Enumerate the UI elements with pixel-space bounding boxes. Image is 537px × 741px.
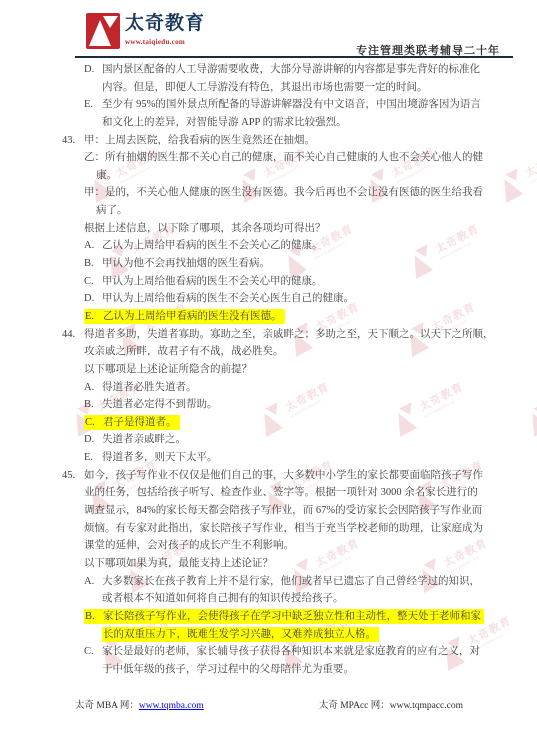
text-line: 45.如今，孩子写作业不仅仅是他们自己的事，大多数中小学生的家长都要面临陪孩子写… bbox=[0, 467, 537, 485]
line-segment: 内容。但是，即便人工导游没有特色，其退出市场也需要一定的时间。 bbox=[102, 82, 428, 93]
option-letter: E. bbox=[85, 308, 103, 326]
footer-mba-group: 太奇 MBA 网：www.tqmba.com bbox=[75, 697, 204, 711]
question-text-block: D.国内景区配备的人工导游需要收费，大部分导游讲解的内容都是事先背好的标准化内容… bbox=[0, 61, 537, 678]
option-letter: E. bbox=[84, 96, 102, 114]
option-letter: A. bbox=[84, 379, 102, 397]
question-number: 44. bbox=[62, 326, 75, 344]
question-number: 43. bbox=[62, 132, 75, 150]
text-line: 于中低年级的孩子，学习过程中的父母陪伴尤为重要。 bbox=[0, 661, 537, 679]
line-text: 以下哪项是上述论证所隐含的前提？ bbox=[84, 364, 252, 375]
line-text: 或者根本不知道如何将自己拥有的知识传授给孩子。 bbox=[102, 593, 344, 604]
line-segment: 或者根本不知道如何将自己拥有的知识传授给孩子。 bbox=[102, 593, 344, 604]
line-segment: D.甲认为上周给他看病的医生不会关心医生自己的健康。 bbox=[84, 293, 354, 304]
header-divider bbox=[75, 56, 513, 58]
line-text: 家长是最好的老师，家长辅导孩子获得各种知识本来就是家庭教育的应有之义，对 bbox=[102, 646, 480, 657]
answer-line-highlighted: 长的双重压力下，既难生发学习兴趣，又难养成独立人格。 bbox=[0, 626, 537, 644]
text-line: 攻亲戚之所畔，故君子有不战，战必胜矣。 bbox=[0, 343, 537, 361]
option-letter: A. bbox=[84, 573, 102, 591]
logo-text-block: 太奇教育 www.taiqiedu.com bbox=[125, 13, 205, 47]
line-segment: 甲：上周去医院，给我看病的医生竟然还在抽烟。 bbox=[84, 135, 315, 146]
taiqi-logo-icon bbox=[86, 13, 120, 49]
text-line: C.家长是最好的老师，家长辅导孩子获得各种知识本来就是家庭教育的应有之义，对 bbox=[0, 643, 537, 661]
text-line: B.失道者必定得不到帮助。 bbox=[0, 396, 537, 414]
line-text: 大多数家长在孩子教育上并不是行家，他们或者早已遗忘了自己曾经学过的知识， bbox=[102, 576, 480, 587]
option-letter: D. bbox=[84, 61, 102, 79]
line-text: 乙认为上周给甲看病的医生没有医德。 bbox=[103, 311, 282, 322]
line-text: 和文化上的差异，对智能导游 APP 的需求比较强烈。 bbox=[102, 117, 347, 128]
line-text: 国内景区配备的人工导游需要收费，大部分导游讲解的内容都是事先背好的标准化 bbox=[102, 64, 480, 75]
text-line: 和文化上的差异，对智能导游 APP 的需求比较强烈。 bbox=[0, 114, 537, 132]
line-segment: 业的任务，包括给孩子听写、检查作业、签字等。根据一项针对 3000 余名家长进行… bbox=[84, 487, 478, 498]
text-line: D.甲认为上周给他看病的医生不会关心医生自己的健康。 bbox=[0, 290, 537, 308]
option-letter: B. bbox=[84, 396, 102, 414]
line-segment: B.家长陪孩子写作业，会使得孩子在学习中缺乏独立性和主动性，整天处于老师和家 bbox=[84, 609, 484, 624]
line-text: 甲认为他不会再找抽烟的医生看病。 bbox=[102, 258, 270, 269]
question-number: 45. bbox=[62, 467, 75, 485]
line-segment: 长的双重压力下，既难生发学习兴趣，又难养成独立人格。 bbox=[102, 627, 379, 642]
page-footer: 太奇 MBA 网：www.tqmba.com 太奇 MPAcc 网：www.tq… bbox=[75, 697, 463, 711]
line-segment: 得道者多助，失道者寡助。寡助之至，亲戚畔之；多助之至，天下顺之。以天下之所顺， bbox=[84, 329, 494, 340]
line-text: 君子是得道者。 bbox=[103, 417, 177, 428]
footer-mpacc-label: 太奇 MPAcc 网： bbox=[319, 701, 390, 711]
line-segment: E.得道者多，则天下太平。 bbox=[84, 452, 218, 463]
line-text: 内容。但是，即便人工导游没有特色，其退出市场也需要一定的时间。 bbox=[102, 82, 428, 93]
text-line: A.得道者必胜失道者。 bbox=[0, 379, 537, 397]
text-line: 或者根本不知道如何将自己拥有的知识传授给孩子。 bbox=[0, 590, 537, 608]
line-text: 长的双重压力下，既难生发学习兴趣，又难养成独立人格。 bbox=[103, 629, 376, 640]
option-letter: C. bbox=[85, 414, 103, 432]
line-segment: 根据上述信息，以下除了哪项，其余各项均可得出？ bbox=[84, 223, 326, 234]
line-text: 攻亲戚之所畔，故君子有不战，战必胜矣。 bbox=[84, 346, 284, 357]
text-line: 43.甲：上周去医院，给我看病的医生竟然还在抽烟。 bbox=[0, 132, 537, 150]
text-line: 课堂的延伸，会对孩子的成长产生不利影响。 bbox=[0, 537, 537, 555]
text-line: E.至少有 95%的国外景点所配备的导游讲解器没有中文语音，中国出境游客因为语言 bbox=[0, 96, 537, 114]
line-text: 以下哪项如果为真，最能支持上述论证？ bbox=[84, 558, 273, 569]
footer-mba-label: 太奇 MBA 网： bbox=[75, 701, 139, 711]
option-letter: D. bbox=[84, 290, 102, 308]
text-line: 调查显示，84%的家长每天都会陪孩子写作业，而 67%的受访家长会因陪孩子写作业… bbox=[0, 502, 537, 520]
line-segment: 于中低年级的孩子，学习过程中的父母陪伴尤为重要。 bbox=[102, 664, 354, 675]
option-letter: B. bbox=[84, 255, 102, 273]
line-segment: 课堂的延伸，会对孩子的成长产生不利影响。 bbox=[84, 540, 294, 551]
text-line: E.得道者多，则天下太平。 bbox=[0, 449, 537, 467]
line-segment: E.乙认为上周给甲看病的医生没有医德。 bbox=[84, 309, 285, 324]
line-segment: 病了。 bbox=[96, 205, 128, 216]
line-segment: D.国内景区配备的人工导游需要收费，大部分导游讲解的内容都是事先背好的标准化 bbox=[84, 64, 480, 75]
line-text: 失道者必定得不到帮助。 bbox=[102, 399, 218, 410]
footer-mpacc-group: 太奇 MPAcc 网：www.tqmpacc.com bbox=[319, 697, 463, 711]
line-text: 甲认为上周给他看病的医生不会关心甲的健康。 bbox=[102, 276, 323, 287]
text-line: D.失道者亲戚畔之。 bbox=[0, 431, 537, 449]
text-line: D.国内景区配备的人工导游需要收费，大部分导游讲解的内容都是事先背好的标准化 bbox=[0, 61, 537, 79]
answer-line-highlighted: C.君子是得道者。 bbox=[0, 414, 537, 432]
line-text: 至少有 95%的国外景点所配备的导游讲解器没有中文语音，中国出境游客因为语言 bbox=[102, 99, 481, 110]
option-letter: C. bbox=[84, 643, 102, 661]
text-line: 根据上述信息，以下除了哪项，其余各项均可得出？ bbox=[0, 220, 537, 238]
line-text: 康。 bbox=[96, 170, 117, 181]
text-line: C.甲认为上周给他看病的医生不会关心甲的健康。 bbox=[0, 273, 537, 291]
line-segment: 攻亲戚之所畔，故君子有不战，战必胜矣。 bbox=[84, 346, 284, 357]
line-text: 如今，孩子写作业不仅仅是他们自己的事，大多数中小学生的家长都要面临陪孩子写作 bbox=[84, 470, 483, 481]
line-text: 失道者亲戚畔之。 bbox=[102, 434, 186, 445]
line-text: 课堂的延伸，会对孩子的成长产生不利影响。 bbox=[84, 540, 294, 551]
footer-mba-link[interactable]: www.tqmba.com bbox=[139, 701, 204, 711]
line-text: 甲认为上周给他看病的医生不会关心医生自己的健康。 bbox=[102, 293, 354, 304]
line-text: 乙：所有抽烟的医生都不关心自己的健康，而不关心自己健康的人也不会关心他人的健 bbox=[84, 152, 483, 163]
line-segment: C.家长是最好的老师，家长辅导孩子获得各种知识本来就是家庭教育的应有之义，对 bbox=[84, 646, 480, 657]
line-segment: 甲：是的，不关心他人健康的医生没有医德。我今后再也不会让没有医德的医生给我看 bbox=[84, 187, 483, 198]
line-segment: A.得道者必胜失道者。 bbox=[84, 382, 197, 393]
text-line: A.乙认为上周给甲看病的医生不会关心乙的健康。 bbox=[0, 237, 537, 255]
text-line: 甲：是的，不关心他人健康的医生没有医德。我今后再也不会让没有医德的医生给我看 bbox=[0, 184, 537, 202]
taiqi-logo: 太奇教育 www.taiqiedu.com bbox=[86, 13, 205, 49]
text-line: 烦恼。有专家对此指出，家长陪孩子写作业，相当于充当学校老师的助理，让家庭成为 bbox=[0, 520, 537, 538]
line-segment: 康。 bbox=[96, 170, 117, 181]
line-text: 得道者必胜失道者。 bbox=[102, 382, 197, 393]
line-segment: 以下哪项如果为真，最能支持上述论证？ bbox=[84, 558, 273, 569]
line-segment: D.失道者亲戚畔之。 bbox=[84, 434, 186, 445]
line-text: 根据上述信息，以下除了哪项，其余各项均可得出？ bbox=[84, 223, 326, 234]
text-line: A.大多数家长在孩子教育上并不是行家，他们或者早已遗忘了自己曾经学过的知识， bbox=[0, 573, 537, 591]
text-line: 业的任务，包括给孩子听写、检查作业、签字等。根据一项针对 3000 余名家长进行… bbox=[0, 484, 537, 502]
line-segment: B.失道者必定得不到帮助。 bbox=[84, 399, 218, 410]
brand-url: www.taiqiedu.com bbox=[125, 38, 205, 47]
line-segment: 以下哪项是上述论证所隐含的前提？ bbox=[84, 364, 252, 375]
line-text: 业的任务，包括给孩子听写、检查作业、签字等。根据一项针对 3000 余名家长进行… bbox=[84, 487, 478, 498]
line-segment: C.甲认为上周给他看病的医生不会关心甲的健康。 bbox=[84, 276, 323, 287]
option-letter: C. bbox=[84, 273, 102, 291]
text-line: 以下哪项如果为真，最能支持上述论证？ bbox=[0, 555, 537, 573]
line-text: 于中低年级的孩子，学习过程中的父母陪伴尤为重要。 bbox=[102, 664, 354, 675]
line-text: 得道者多，则天下太平。 bbox=[102, 452, 218, 463]
document-page: 太奇教育 www.taiqiedu.com 太奇教育 www.taiqiedu.… bbox=[0, 0, 537, 741]
answer-line-highlighted: E.乙认为上周给甲看病的医生没有医德。 bbox=[0, 308, 537, 326]
line-segment: E.至少有 95%的国外景点所配备的导游讲解器没有中文语音，中国出境游客因为语言 bbox=[84, 99, 481, 110]
answer-line-highlighted: B.家长陪孩子写作业，会使得孩子在学习中缺乏独立性和主动性，整天处于老师和家 bbox=[0, 608, 537, 626]
line-text: 得道者多助，失道者寡助。寡助之至，亲戚畔之；多助之至，天下顺之。以天下之所顺， bbox=[84, 329, 494, 340]
text-line: 以下哪项是上述论证所隐含的前提？ bbox=[0, 361, 537, 379]
line-segment: B.甲认为他不会再找抽烟的医生看病。 bbox=[84, 258, 270, 269]
line-text: 甲：是的，不关心他人健康的医生没有医德。我今后再也不会让没有医德的医生给我看 bbox=[84, 187, 483, 198]
option-letter: A. bbox=[84, 237, 102, 255]
line-segment: 如今，孩子写作业不仅仅是他们自己的事，大多数中小学生的家长都要面临陪孩子写作 bbox=[84, 470, 483, 481]
line-text: 乙认为上周给甲看病的医生不会关心乙的健康。 bbox=[102, 240, 323, 251]
text-line: 康。 bbox=[0, 167, 537, 185]
footer-mpacc-url: www.tqmpacc.com bbox=[390, 701, 463, 711]
option-letter: D. bbox=[84, 431, 102, 449]
line-segment: C.君子是得道者。 bbox=[84, 415, 180, 430]
line-segment: 乙：所有抽烟的医生都不关心自己的健康，而不关心自己健康的人也不会关心他人的健 bbox=[84, 152, 483, 163]
text-line: B.甲认为他不会再找抽烟的医生看病。 bbox=[0, 255, 537, 273]
line-text: 烦恼。有专家对此指出，家长陪孩子写作业，相当于充当学校老师的助理，让家庭成为 bbox=[84, 523, 483, 534]
line-segment: 烦恼。有专家对此指出，家长陪孩子写作业，相当于充当学校老师的助理，让家庭成为 bbox=[84, 523, 483, 534]
text-line: 病了。 bbox=[0, 202, 537, 220]
line-segment: A.乙认为上周给甲看病的医生不会关心乙的健康。 bbox=[84, 240, 323, 251]
line-segment: A.大多数家长在孩子教育上并不是行家，他们或者早已遗忘了自己曾经学过的知识， bbox=[84, 576, 480, 587]
option-letter: E. bbox=[84, 449, 102, 467]
line-segment: 和文化上的差异，对智能导游 APP 的需求比较强烈。 bbox=[102, 117, 347, 128]
line-text: 调查显示，84%的家长每天都会陪孩子写作业，而 67%的受访家长会因陪孩子写作业… bbox=[84, 505, 482, 516]
text-line: 44.得道者多助，失道者寡助。寡助之至，亲戚畔之；多助之至，天下顺之。以天下之所… bbox=[0, 326, 537, 344]
text-line: 乙：所有抽烟的医生都不关心自己的健康，而不关心自己健康的人也不会关心他人的健 bbox=[0, 149, 537, 167]
line-text: 甲：上周去医院，给我看病的医生竟然还在抽烟。 bbox=[84, 135, 315, 146]
line-segment: 调查显示，84%的家长每天都会陪孩子写作业，而 67%的受访家长会因陪孩子写作业… bbox=[84, 505, 482, 516]
text-line: 内容。但是，即便人工导游没有特色，其退出市场也需要一定的时间。 bbox=[0, 79, 537, 97]
brand-name: 太奇教育 bbox=[125, 13, 205, 35]
option-letter: B. bbox=[85, 608, 103, 626]
line-text: 家长陪孩子写作业，会使得孩子在学习中缺乏独立性和主动性，整天处于老师和家 bbox=[103, 611, 481, 622]
line-text: 病了。 bbox=[96, 205, 128, 216]
